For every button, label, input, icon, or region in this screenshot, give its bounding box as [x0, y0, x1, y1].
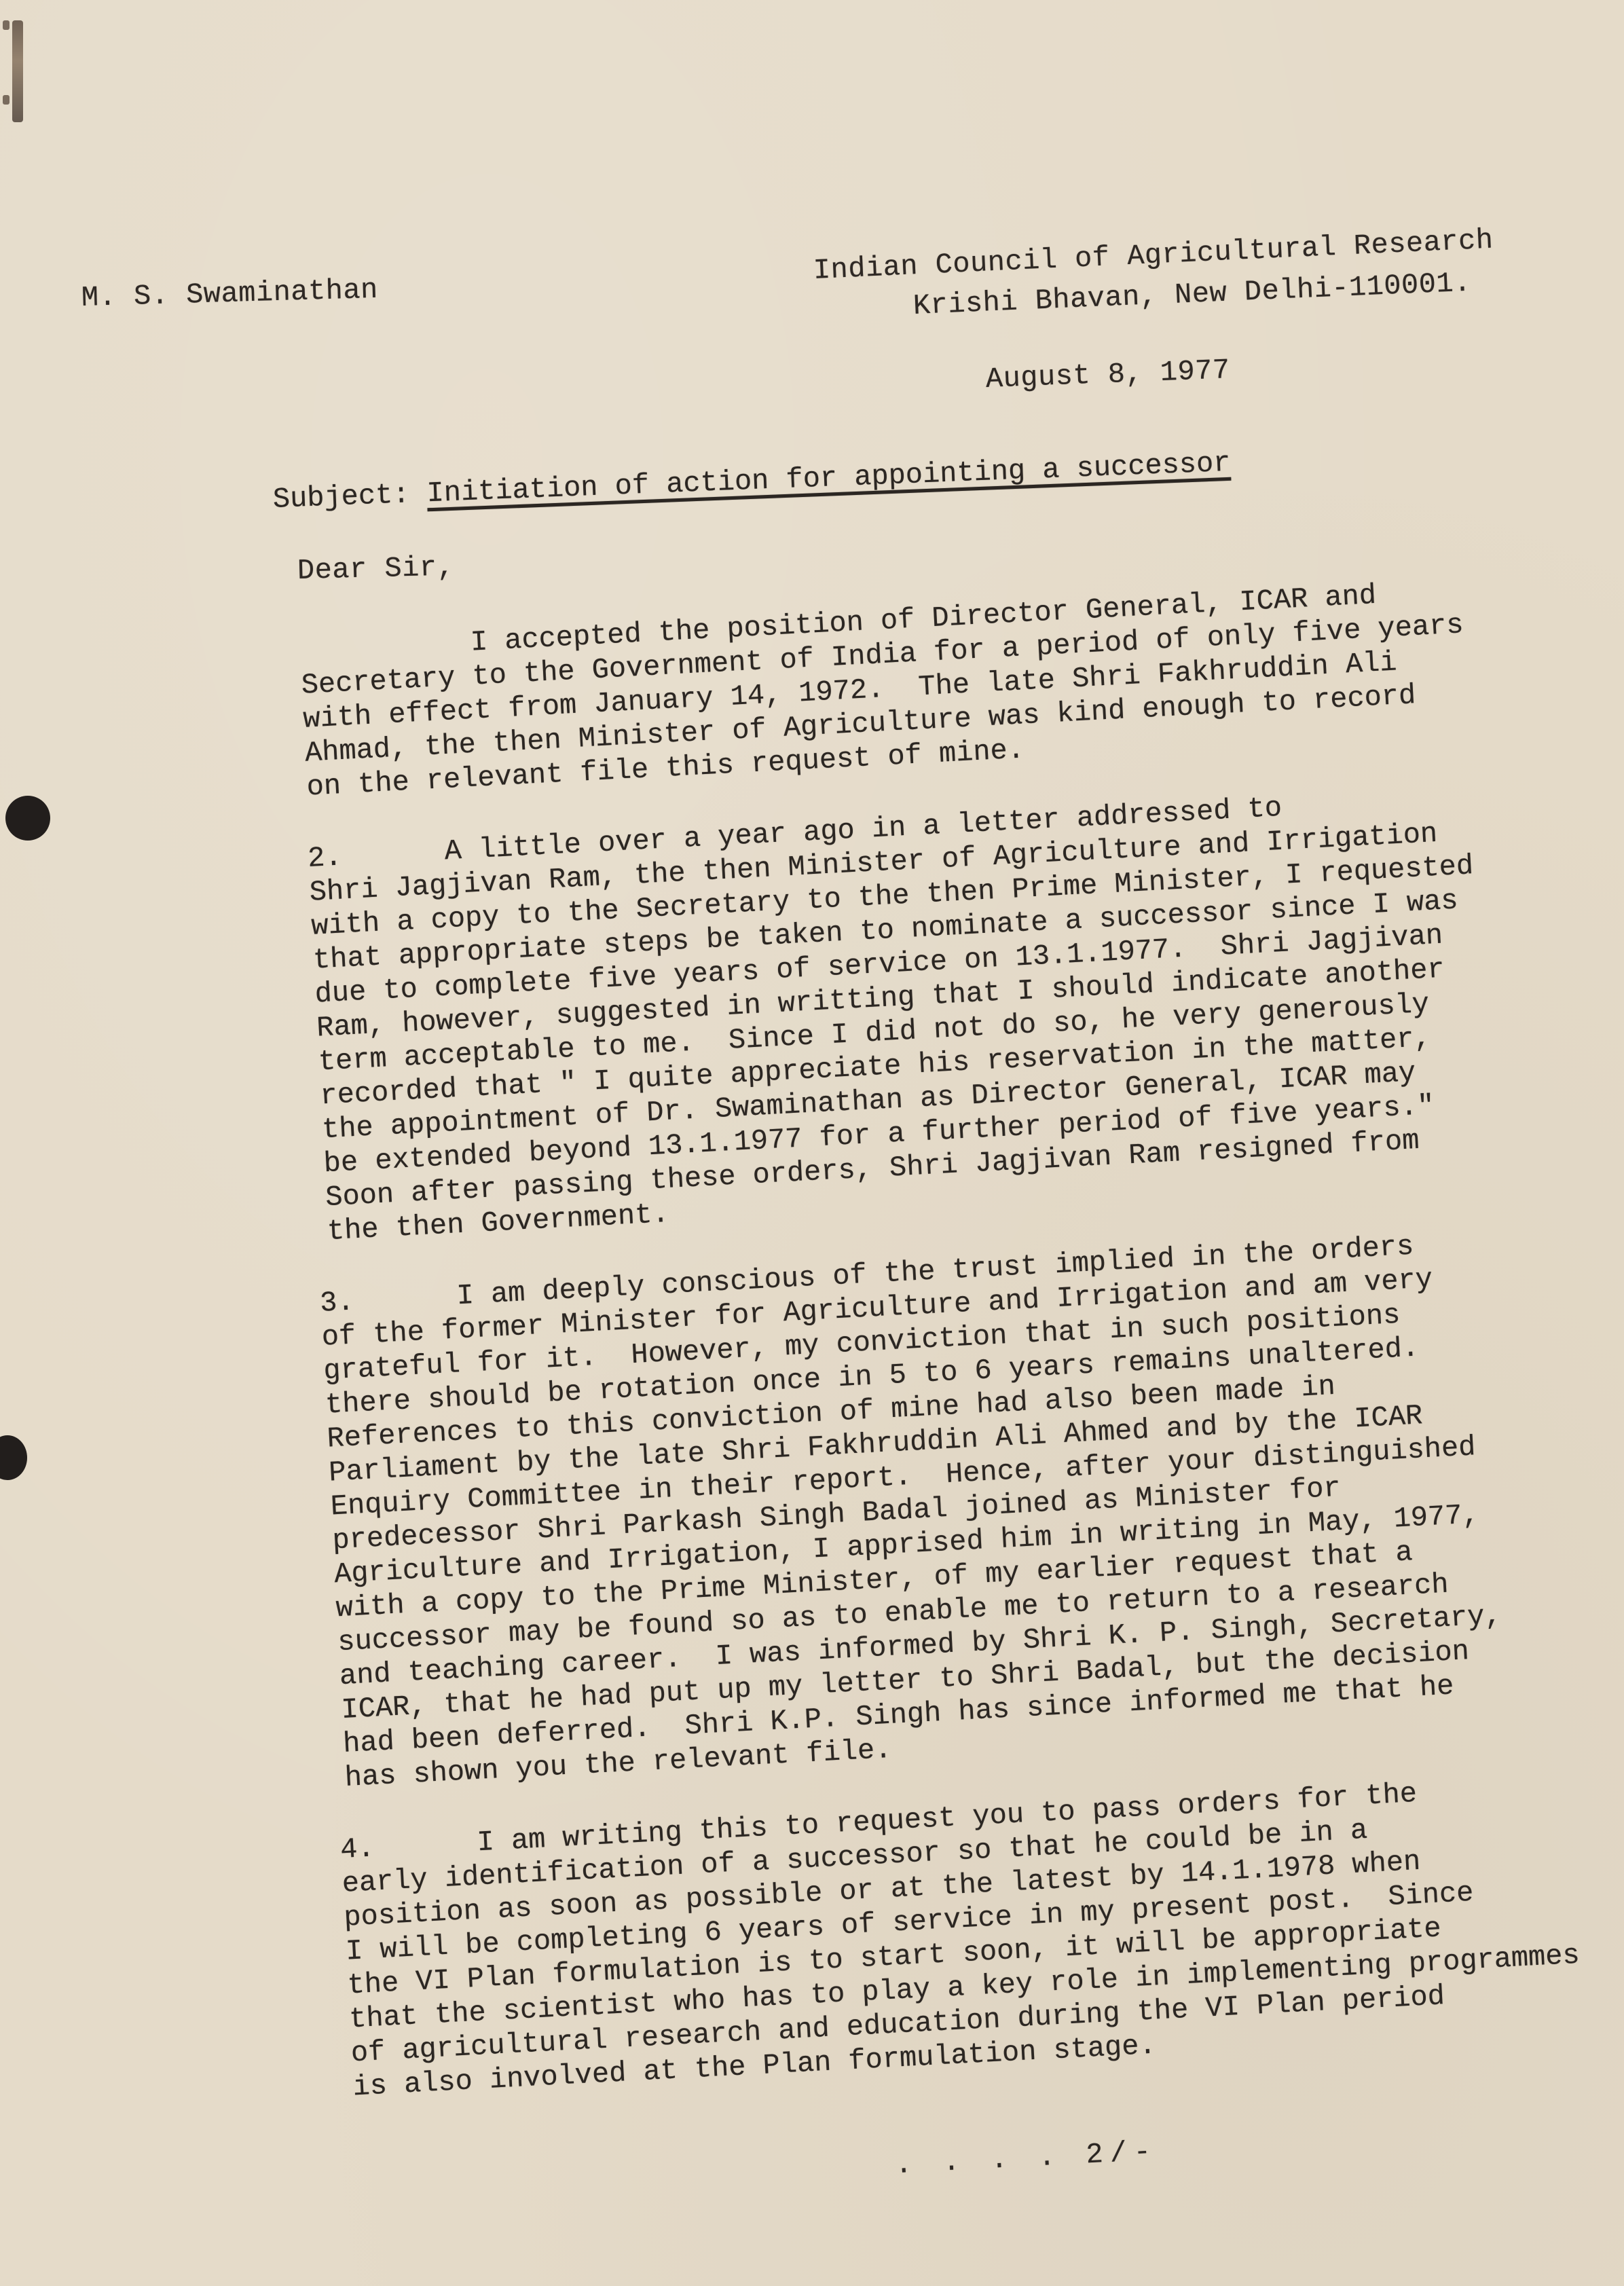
paragraph-1: I accepted the position of Director Gene…	[299, 574, 1470, 804]
page-continuation-marker: . . . . 2/-	[894, 2135, 1158, 2181]
salutation: Dear Sir,	[297, 553, 454, 585]
paragraph-2: 2. A little over a year ago in a letter …	[307, 781, 1490, 1249]
staple-mark	[3, 20, 10, 30]
paragraph-3: 3. I am deeply conscious of the trust im…	[319, 1225, 1508, 1795]
subject-line: Subject: Initiation of action for appoin…	[272, 447, 1231, 516]
sender-name: M. S. Swaminathan	[81, 276, 378, 312]
subject-text: Initiation of action for appointing a su…	[426, 447, 1232, 510]
letter-date: August 8, 1977	[985, 356, 1230, 394]
subject-label: Subject:	[272, 478, 410, 516]
paragraph-4: 4. I am writing this to request you to p…	[339, 1769, 1584, 2104]
punch-hole	[5, 796, 50, 841]
letter-page: M. S. Swaminathan Indian Council of Agri…	[0, 0, 1624, 2286]
staple-mark	[3, 95, 10, 105]
staple-mark	[12, 20, 23, 122]
punch-hole	[0, 1435, 27, 1480]
